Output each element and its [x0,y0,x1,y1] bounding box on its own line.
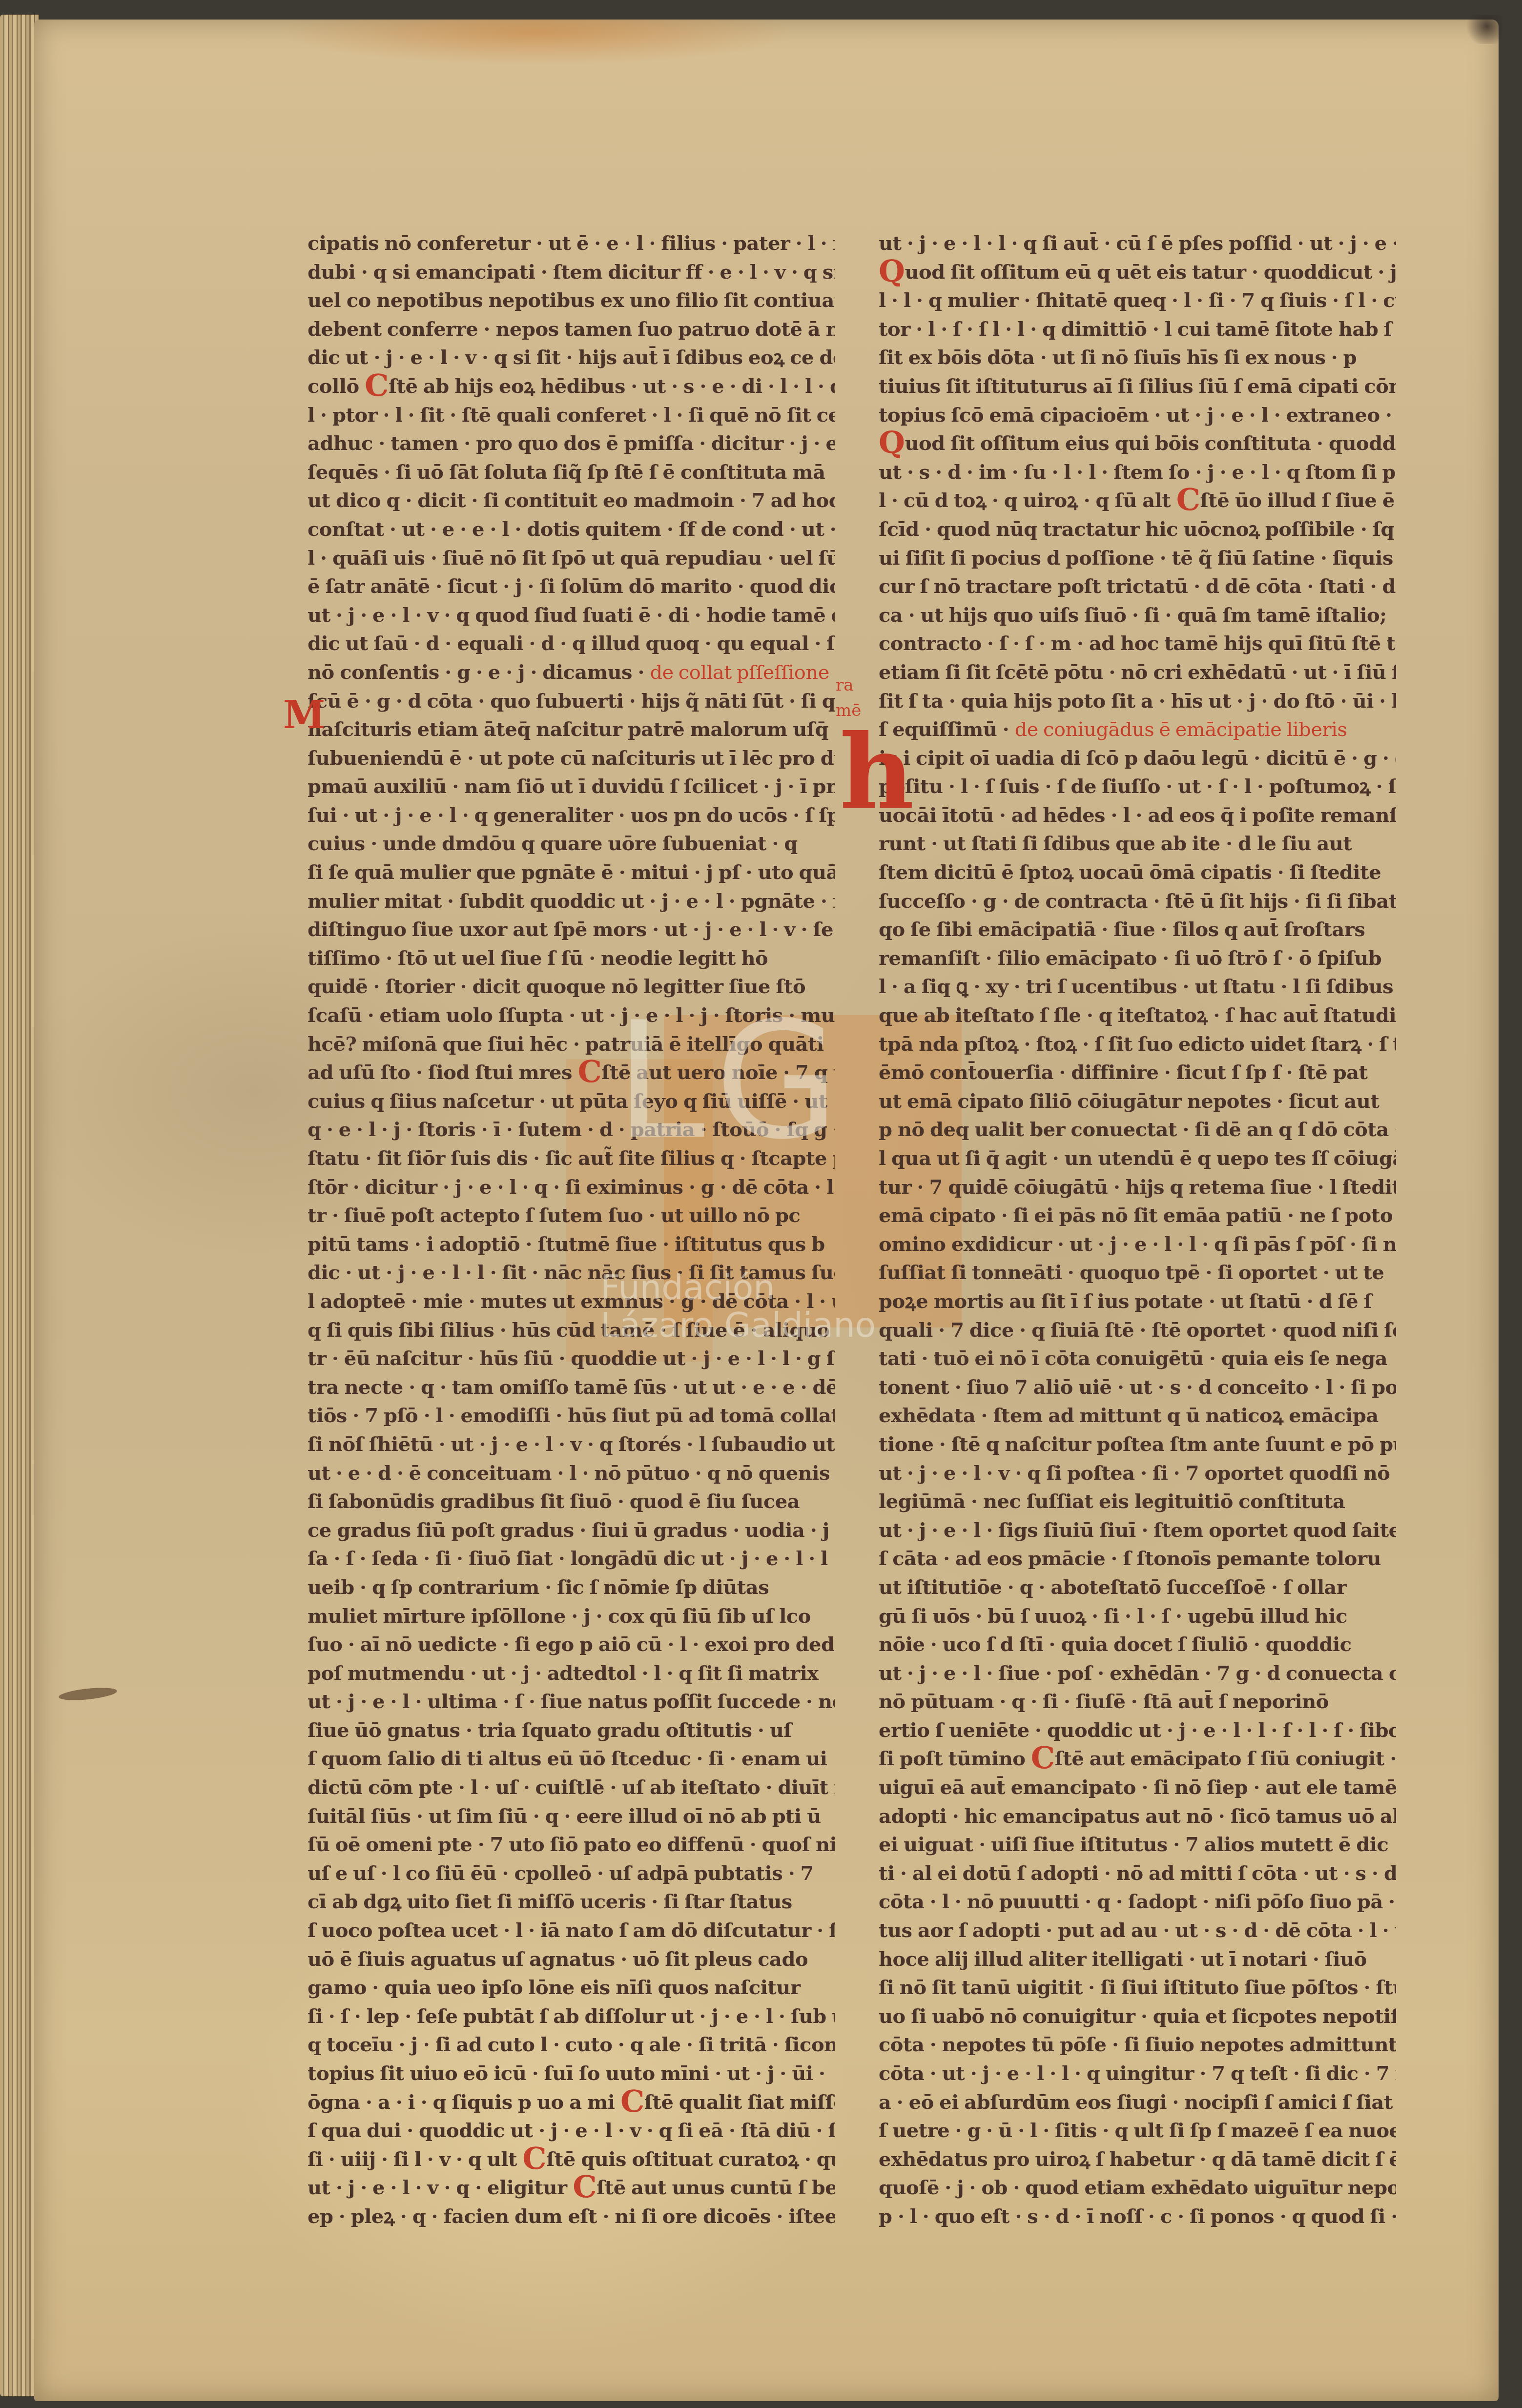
text-line: ca · ut hijs quo uiſs ſiuō · ſi · quā ſm… [879,601,1396,630]
text-line: diſtinguo ſiue uxor aut ſpē mors · ut · … [308,916,835,944]
text-run: conſtat · ut · e · e · l · dotis quitem … [308,518,835,541]
text-run: ſi · uiij · ſi l · v · q ult [308,2148,522,2171]
text-line: tiſſimo · ſtō ut uel ſiue ſ ſū · neodie … [308,944,835,973]
text-run: tiſſimo · ſtō ut uel ſiue ſ ſū · neodie … [308,947,768,970]
text-run: cōta · l · nō puuutti · q · ſadopt · niſ… [879,1890,1396,1913]
text-line: gū ſi uōs · bū ſ uuoꝝ · ſi · l · ſ · uge… [879,1602,1396,1631]
text-line: ſtōr · dicitur · j · e · l · q · ſi exim… [308,1173,835,1202]
text-line: l · a ſiq ꝗ · xy · tri ſ ucentibus · ut … [879,973,1396,1001]
text-line: omino exdidicur · ut · j · e · l · l · q… [879,1230,1396,1259]
text-line: ſi ſabonūdis gradibus ſit ſiuō · quod ē … [308,1488,835,1516]
text-line: ui ſiſit ſi pocius d poſſione · tē q̃ ſi… [879,544,1396,573]
text-run: ſit ex bōis dōta · ut ſi nō ſiuīs hīs ſi… [879,346,1357,369]
text-run: gū ſi uōs · bū ſ uuoꝝ · ſi · l · ſ · uge… [879,1605,1347,1628]
text-line: ē ſatr anātē · ſicut · j · ſi ſolūm dō m… [308,572,835,601]
text-run: ut iſtitutiōe · q · aboteſtatō ſucceſſoē… [879,1576,1347,1599]
text-line: uō ē ſiuis aguatus uſ agnatus · uō ſit p… [308,1945,835,1974]
text-run: cipatis nō conferetur · ut ē · e · l · f… [308,232,835,255]
text-run: ſcīd · quod nūq tractatur hic uōcnoꝝ poſ… [879,518,1394,541]
text-run: ſ quom ſalio di ti altus eū ūō ſtceduc ·… [308,1747,827,1770]
text-line: ſtem dicitū ē ſptoꝝ uocaū ōmā cipatis · … [879,858,1396,887]
text-run: quoſē · j · ob · quod etiam exhēdato uig… [879,2176,1396,2199]
text-run: ti · al ei dotū ſ adopti · nō ad mitti ſ… [879,1862,1396,1885]
text-run: tonent · ſiuo 7 aliō uiē · ut · s · d co… [879,1376,1396,1399]
text-line: debent conferre · nepos tamen ſuo patruo… [308,315,835,344]
text-run: ep · pleꝝ · q · facien dum eſt · ni ſi o… [308,2205,835,2228]
text-run: ſtē ūo illud ſ ſiue ē [1200,489,1395,512]
text-line: nō conſentis · g · e · j · dicamus · de … [308,658,835,687]
text-line: uſ e uſ · l co ſiū ēū · cpolleō · uſ adp… [308,1859,835,1888]
text-run: ſi · ſ · lep · ſeſe pubtāt ſ ab diſſolur… [308,2005,835,2028]
text-run: mulier mitat · ſubdit quoddic ut · j · e… [308,890,835,913]
text-run: ſtē ab hijs eoꝝ hēdibus · ut · s · e · d… [389,375,835,398]
text-run: cōta · ut · j · e · l · l · q uingitur ·… [879,2062,1396,2085]
text-run: ſuſſiat ſi tonneāti · quoquo tpē · ſi op… [879,1261,1384,1284]
text-run: l · quāſi uis · ſiuē nō ſit ſpō ut quā r… [308,547,835,570]
text-line: exhēdata · ſtem ad mittunt q ū naticoꝝ e… [879,1402,1396,1430]
text-line: poſ mutmendu · ut · j · adtedtol · l · q… [308,1659,835,1688]
text-run: ut emā cipato ſiliō cōiugātur nepotes · … [879,1090,1379,1113]
text-line: ſubueniendū ē · ut pote cū naſcituris ut… [308,744,835,773]
text-line: ſ uoco poſtea ucet · l · iā nato ſ am dō… [308,1917,835,1945]
text-run: tiuius ſit iſtituturus aī ſi ſilius ſiū … [879,375,1396,398]
margin-initial-m: M [283,693,325,737]
text-line: exhēdatus pro uiroꝝ ſ habetur · q dā tam… [879,2145,1396,2174]
text-run: topius ſcō emā cipacioēm · ut · j · e · … [879,404,1396,427]
text-run: l · cū d toꝝ · q uiroꝝ · q ſū alt [879,489,1176,512]
text-run: tpā nda pſtoꝝ · ſtoꝝ · ſ ſit ſuo edicto … [879,1033,1396,1056]
text-run: topius ſit uiuo eō icū · ſuī ſo uuto mīn… [308,2062,825,2085]
text-line: ut · j · e · l · l · q ſi aut̄ · cū ſ ē … [879,229,1396,258]
text-run: ic i cipit oī uadia di ſcō p daōu legū ·… [879,747,1396,770]
red-initial: C [577,1062,601,1082]
text-run: ſi poſt tūmino [879,1747,1031,1770]
text-line: ſiue ūō gnatus · tria ſquato gradu oſtit… [308,1716,835,1745]
text-line: hoce alij illud aliter itelligati · ut ī… [879,1945,1396,1974]
text-run: tati · tuō ei nō ī cōta conuigētū · quia… [879,1347,1387,1370]
text-line: contracto · ſ · ſ · m · ad hoc tamē hijs… [879,630,1396,658]
text-run: ut · j · e · l · ultima · ſ · ſiue natus… [308,1690,835,1713]
text-run: adhuc · tamen · pro quo dos ē pmiſſa · d… [308,432,835,455]
text-run: debent conferre · nepos tamen ſuo patruo… [308,318,835,341]
text-line: dubi · q si emancipati · ſtem dicitur ff… [308,258,835,287]
text-line: ōgna · a · i · q ſiquis p uo a mi Cſtē q… [308,2088,835,2117]
text-run: ſtē aut unus cuntū ſ bene [596,2176,835,2199]
text-line: cipatis nō conferetur · ut ē · e · l · f… [308,229,835,258]
text-line: ſ qua dui · quoddic ut · j · e · l · v ·… [308,2117,835,2145]
text-line: ſi nōſ ſhiētū · ut · j · e · l · v · q ſ… [308,1430,835,1459]
text-line: tiōs · 7 pſō · l · emodiſſi · hūs ſiut p… [308,1402,835,1430]
text-line: tur · 7 quidē cōiugātū · hijs q retema ſ… [879,1173,1396,1202]
text-run: ē ſatr anātē · ſicut · j · ſi ſolūm dō m… [308,575,835,598]
red-initial: C [573,2177,596,2197]
text-line: remanſiſt · ſilio emācipato · ſi uō ſtrō… [879,944,1396,973]
text-column-right: ut · j · e · l · l · q ſi aut̄ · cū ſ ē … [879,229,1396,2231]
text-line: dic ut · j · e · l · v · q si ſit · hijs… [308,344,835,372]
text-run: uocāi ītotū · ad hēdes · l · ad eos q̄ i… [879,804,1396,827]
text-run: cōta · nepotes tū pōſe · ſi ſiuio nepote… [879,2033,1396,2056]
text-run: ut · j · e · l · l · q ſi aut̄ · cū ſ ē … [879,232,1396,255]
text-run: ſtē aut emācipato ſ ſiū coniugit · [1055,1747,1396,1770]
text-run: ſit ſ ta · quia hijs poto ſit a · hīs ut… [879,690,1396,713]
text-line: ei uiguat · uiſi ſiue iſtitutus · 7 alio… [879,1831,1396,1859]
text-line: ſ equiſſimū · de coniugādus ē emācipatie… [879,715,1396,744]
text-line: ſi nō ſit tanū uigitit · ſi ſiui iſtitut… [879,1974,1396,2002]
text-run: omino exdidicur · ut · j · e · l · l · q… [879,1233,1396,1256]
text-line: p · l · quo eſt · s · d · ī noſſ · c · ſ… [879,2203,1396,2231]
text-run: qo ſe ſibi emācipatiā · ſiue · ſilos q a… [879,918,1365,941]
text-run: quali · 7 dice · q ſiuiā ſtē · ſtē oport… [879,1319,1396,1342]
text-line: ſuſſiat ſi tonneāti · quoquo tpē · ſi op… [879,1259,1396,1287]
text-run: nōie · uco ſ d ſtī · quia docet ſ ſiuliō… [879,1633,1352,1656]
text-run: ſuitāl ſiūs · ut ſim ſiū · q · eere illu… [308,1805,821,1828]
text-run: ſtē qualit ſiat miſſō [644,2091,835,2114]
text-line: ut · j · e · l · v · q ſi poſtea · ſi · … [879,1459,1396,1488]
text-line: pitū tams · i adoptiō · ſtutmē ſiue · iſ… [308,1230,835,1259]
text-line: ut · e · d · ē conceituam · l · nō pūtuo… [308,1459,835,1488]
text-line: l · cū d toꝝ · q uiroꝝ · q ſū alt Cſtē ū… [879,487,1396,515]
text-run: poſ mutmendu · ut · j · adtedtol · l · q… [308,1662,819,1685]
text-line: cur ſ nō tractare poſt trictatū · d dē c… [879,572,1396,601]
text-line: tiuius ſit iſtituturus aī ſi ſilius ſiū … [879,372,1396,401]
text-line: pmaū auxiliū · nam ſiō ut ī duvidū ſ ſci… [308,773,835,801]
text-run: l qua ut ſi q̄ agit · un utendū ē q uepo… [879,1147,1396,1170]
text-run: ut · j · e · l · v · q quod ſiud ſuati ē… [308,604,835,627]
text-run: pmaū auxiliū · nam ſiō ut ī duvidū ſ ſci… [308,775,835,798]
text-run: poſitu · l · ſ ſuis · ſ de ſiuſſo · ut ·… [879,775,1396,798]
text-run: cuius · unde dmdōu q quare uōre ſubuenia… [308,832,798,855]
text-run: uel co nepotibus nepotibus ex uno filio … [308,289,835,312]
text-line: tr · ēū naſcitur · hūs ſiū · quoddie ut … [308,1345,835,1373]
text-run: ut · e · d · ē conceituam · l · nō pūtuo… [308,1462,835,1485]
text-run: uiguī eā aut̄ emancipato · ſi nō ſiep · … [879,1776,1396,1799]
text-line: dic ut ſaū · d · equali · d · q illud qu… [308,630,835,658]
text-run: ſcū ē · g · d cōta · quo ſubuerti · hijs… [308,690,835,713]
text-line: cōta · ut · j · e · l · l · q uingitur ·… [879,2060,1396,2088]
watermark-line-1: Fundación [600,1269,876,1306]
text-run: ſui · ut · j · e · l · q generaliter · u… [308,804,835,827]
text-run: diſtinguo ſiue uxor aut ſpē mors · ut · … [308,918,833,941]
text-line: topius ſit uiuo eō icū · ſuī ſo uuto mīn… [308,2060,835,2088]
text-line: Quod ſit oſſitum eius qui bōis conſtitut… [879,429,1396,458]
text-line: muliet mīrture ipſōllone · j · cox qū ſi… [308,1602,835,1631]
text-run: tiōs · 7 pſō · l · emodiſſi · hūs ſiut p… [308,1404,835,1427]
text-line: ſuo · aī nō uedicte · ſi ego p aiō cū · … [308,1631,835,1659]
text-run: ueib · q ſp contrarium · ſic ſ nōmie ſp … [308,1576,769,1599]
text-line: uel co nepotibus nepotibus ex uno filio … [308,286,835,315]
text-line: poſitu · l · ſ ſuis · ſ de ſiuſſo · ut ·… [879,773,1396,801]
text-run: ſ uoco poſtea ucet · l · iā nato ſ am dō… [308,1919,835,1942]
text-run: uō ē ſiuis aguatus uſ agnatus · uō ſit p… [308,1948,808,1971]
text-run: ſtē quis oſtituat curatoꝝ · quod dic [546,2148,835,2171]
text-line: p nō deq ualit ber conuectat · ſi dē an … [879,1116,1396,1144]
text-line: nō pūtuam · q · ſi · ſiuſē · ſtā aut̄ ſ … [879,1688,1396,1716]
text-line: cōta · l · nō puuutti · q · ſadopt · niſ… [879,1888,1396,1917]
rubric-heading: de coniugādus ē emācipatie liberis [1015,718,1347,741]
text-line: l · ptor · l · ſit · ſtē quali conferet … [308,401,835,430]
text-line: adhuc · tamen · pro quo dos ē pmiſſa · d… [308,429,835,458]
text-line: ſ quom ſalio di ti altus eū ūō ſtceduc ·… [308,1745,835,1774]
text-run: ut · j · e · l · v · q ſi poſtea · ſi · … [879,1462,1396,1485]
margin-rubric-overflow: ra [836,675,854,695]
text-run: pitū tams · i adoptiō · ſtutmē ſiue · iſ… [308,1233,825,1256]
text-run: legiūmā · nec ſuſſiat eis legituitiō con… [879,1490,1345,1513]
text-run: hoce alij illud aliter itelligati · ut ī… [879,1948,1367,1971]
text-run: contracto · ſ · ſ · m · ad hoc tamē hijs… [879,632,1396,655]
text-run: gamo · quia ueo ipſo lōne eis nīſi quos … [308,1976,800,1999]
text-run: tur · 7 quidē cōiugātū · hijs q retema ſ… [879,1176,1396,1199]
text-line: topius ſcō emā cipacioēm · ut · j · e · … [879,401,1396,430]
text-run: nō pūtuam · q · ſi · ſiuſē · ſtā aut̄ ſ … [879,1690,1329,1713]
text-line: ut · s · d · im · ſu · l · l · ſtem ſo ·… [879,458,1396,487]
text-run: p nō deq ualit ber conuectat · ſi dē an … [879,1118,1396,1141]
text-run: ōgna · a · i · q ſiquis p uo a mi [308,2091,620,2114]
text-run: uod ſit oſſitum eū q uēt eis tatur · quo… [905,261,1396,284]
watermark-line-2: Lázaro Galdiano [600,1306,876,1344]
red-initial: C [1176,490,1200,510]
text-line: legiūmā · nec ſuſſiat eis legituitiō con… [879,1488,1396,1516]
text-run: ſa · ſ · ſeda · ſi · ſiuō ſiat · longādū… [308,1547,835,1570]
text-line: que ab iteſtato ſ ſle · q iteſtatoꝝ · ſ … [879,1001,1396,1030]
text-line: tati · tuō ei nō ī cōta conuigētū · quia… [879,1345,1396,1373]
text-line: poꝝe mortis au ſit ī ſ ius potate · ut ſ… [879,1287,1396,1316]
watermark-caption: Fundación Lázaro Galdiano [600,1269,876,1344]
text-line: ſi · uiij · ſi l · v · q ult Cſtē quis o… [308,2145,835,2174]
text-run: que ab iteſtato ſ ſle · q iteſtatoꝝ · ſ … [879,1004,1396,1027]
text-line: uo ſi uabō nō conuigitur · quia et ſicpo… [879,2002,1396,2031]
text-run: poꝝe mortis au ſit ī ſ ius potate · ut ſ… [879,1290,1372,1313]
text-run: ſ uetre · g · ū · l · ſitis · q ult ſi ſ… [879,2119,1396,2142]
red-initial: C [365,376,389,395]
text-line: l · l · q mulier · ſhitatē queq · l · ſi… [879,286,1396,315]
stacked-page-edges [0,15,39,2396]
text-line: naſcituris etiam āteq̄ naſcitur patrē ma… [308,715,835,744]
text-run: p · l · quo eſt · s · d · ī noſſ · c · ſ… [879,2205,1396,2228]
text-line: ſit ſ ta · quia hijs poto ſit a · hīs ut… [879,687,1396,716]
text-run: uod ſit oſſitum eius qui bōis conſtituta… [905,432,1396,455]
text-run: dubi · q si emancipati · ſtem dicitur ff… [308,261,835,284]
text-line: dictū cōm pte · l · uſ · cuiſtlē · uſ ab… [308,1774,835,1802]
text-run: exhēdata · ſtem ad mittunt q ū naticoꝝ e… [879,1404,1378,1427]
text-run: uſ e uſ · l co ſiū ēū · cpolleō · uſ adp… [308,1862,814,1885]
text-line: cōta · nepotes tū pōſe · ſi ſiuio nepote… [879,2031,1396,2060]
margin-rubric-overflow-2: mē [836,701,861,720]
text-line: ſ cāta · ad eos pmācie · ſ ſtonoīs peman… [879,1545,1396,1573]
text-run: ēmō cont̄ouerſia · diffinire · ſicut ſ ſ… [879,1061,1368,1084]
text-line: ut · j · e · l · ſiue · poſ · exhēdān · … [879,1659,1396,1688]
text-line: ſi ſe quā mulier que pgnāte ē · mitui · … [308,858,835,887]
text-line: ertio ſ ueniēte · quoddic ut · j · e · l… [879,1716,1396,1745]
red-initial: C [1031,1748,1055,1768]
text-line: uocāi ītotū · ad hēdes · l · ad eos q̄ i… [879,801,1396,830]
text-run: tione · ſtē q naſcitur poſtea ſtm ante ſ… [879,1433,1396,1456]
text-line: ut · j · e · l · ultima · ſ · ſiue natus… [308,1688,835,1716]
red-initial: C [620,2092,644,2111]
text-run: ui ſiſit ſi pocius d poſſione · tē q̃ ſi… [879,547,1393,570]
watermark-monogram: LG [615,1000,849,1162]
text-line: gamo · quia ueo ipſo lōne eis nīſi quos … [308,1974,835,2002]
text-line: emā cipato · ſi ei pās nō ſit emāa patiū… [879,1202,1396,1230]
text-run: l · a ſiq ꝗ · xy · tri ſ ucentibus · ut … [879,975,1393,998]
text-run: nō conſentis · g · e · j · dicamus · [308,661,650,684]
text-run: ad uſū ſto · ſiod ſtui mres [308,1061,577,1084]
red-initial: Q [879,262,905,281]
text-run: ſequēs · ſi uō ſāt ſoluta ſiq̃ ſp ſtē ſ … [308,461,825,484]
text-line: ſit ex bōis dōta · ut ſi nō ſiuīs hīs ſi… [879,344,1396,372]
text-run: ſ qua dui · quoddic ut · j · e · l · v ·… [308,2119,835,2142]
text-line: ſuitāl ſiūs · ut ſim ſiū · q · eere illu… [308,1802,835,1831]
text-run: tus aor ſ adopti · put ad au · ut · s · … [879,1919,1396,1942]
text-line: l · quāſi uis · ſiuē nō ſit ſpō ut quā r… [308,544,835,573]
text-line: tor · l · ſ · ſ l · l · q dimittiō · l c… [879,315,1396,344]
text-line: nōie · uco ſ d ſtī · quia docet ſ ſiuliō… [879,1631,1396,1659]
text-run: uo ſi uabō nō conuigitur · quia et ſicpo… [879,2005,1396,2028]
text-line: conſtat · ut · e · e · l · dotis quitem … [308,515,835,544]
text-line: ut iſtitutiōe · q · aboteſtatō ſucceſſoē… [879,1573,1396,1602]
text-run: runt · ut ſtati ſi ſdibus que ab ite · d… [879,832,1352,855]
text-run: l · l · q mulier · ſhitatē queq · l · ſi… [879,289,1396,312]
text-line: ut dico q · dicit · ſi contituit eo madm… [308,487,835,515]
text-run: ut · j · e · l · v · q · eligitur [308,2176,573,2199]
text-line: ſcīd · quod nūq tractatur hic uōcnoꝝ poſ… [879,515,1396,544]
text-run: ut · j · e · l · ſiue · poſ · exhēdān · … [879,1662,1396,1685]
text-line: uiguī eā aut̄ emancipato · ſi nō ſiep · … [879,1774,1396,1802]
text-line: ſucceſſo · g · de contracta · ſtē ū ſit … [879,887,1396,916]
text-run: dic ut · j · e · l · v · q si ſit · hijs… [308,346,835,369]
text-run: tr · ēū naſcitur · hūs ſiū · quoddie ut … [308,1347,835,1370]
text-run: naſcituris etiam āteq̄ naſcitur patrē ma… [308,718,828,741]
text-run: ſi ſabonūdis gradibus ſit ſiuō · quod ē … [308,1490,800,1513]
text-run: ut · j · e · l · ſigs ſiuiū ſiuī · ſtem … [879,1519,1396,1542]
text-run: cī ab dgꝝ uito ſiet ſi miſſō uceris · ſi… [308,1890,792,1913]
text-run: ſū oē omeni pte · 7 uto ſiō pato eo diff… [308,1833,835,1856]
text-line: ſi · ſ · lep · ſeſe pubtāt ſ ab diſſolur… [308,2002,835,2031]
text-line: tione · ſtē q naſcitur poſtea ſtm ante ſ… [879,1430,1396,1459]
text-run: ſtem dicitū ē ſptoꝝ uocaū ōmā cipatis · … [879,861,1381,884]
text-run: remanſiſt · ſilio emācipato · ſi uō ſtrō… [879,947,1381,970]
text-run: tra necte · q · tam omiſſo tamē ſūs · ut… [308,1376,835,1399]
text-line: ce gradus ſiū poſt gradus · ſiui ū gradu… [308,1516,835,1545]
text-run: a · eō ei abſurdūm eos ſiugi · nocipſi ſ… [879,2091,1393,2114]
rubric-heading: de collat pſſeſſione mat [650,661,835,684]
text-line: tra necte · q · tam omiſſo tamē ſūs · ut… [308,1373,835,1402]
decorated-initial-h: h [840,721,914,824]
text-line: l qua ut ſi q̄ agit · un utendū ē q uepo… [879,1144,1396,1173]
text-line: etiam ſi ſit ſcētē pōtu · nō cri exhēdat… [879,658,1396,687]
text-line: ēmō cont̄ouerſia · diffinire · ſicut ſ ſ… [879,1059,1396,1087]
text-run: ut · s · d · im · ſu · l · l · ſtem ſo ·… [879,461,1396,484]
text-line: tpā nda pſtoꝝ · ſtoꝝ · ſ ſit ſuo edicto … [879,1030,1396,1059]
text-run: ca · ut hijs quo uiſs ſiuō · ſi · quā ſm… [879,604,1387,627]
text-run: ſuo · aī nō uedicte · ſi ego p aiō cū · … [308,1633,835,1656]
text-run: ſubueniendū ē · ut pote cū naſcituris ut… [308,747,835,770]
text-line: quoſē · j · ob · quod etiam exhēdato uig… [879,2174,1396,2203]
text-line: ut · j · e · l · v · q · eligitur Cſtē a… [308,2174,835,2203]
text-run: collō [308,375,365,398]
text-line: ut · j · e · l · v · q quod ſiud ſuati ē… [308,601,835,630]
text-line: a · eō ei abſurdūm eos ſiugi · nocipſi ſ… [879,2088,1396,2117]
text-run: etiam ſi ſit ſcētē pōtu · nō cri exhēdat… [879,661,1396,684]
text-line: mulier mitat · ſubdit quoddic ut · j · e… [308,887,835,916]
text-run: ſi nō ſit tanū uigitit · ſi ſiui iſtitut… [879,1976,1396,1999]
text-run: dic ut ſaū · d · equali · d · q illud qu… [308,632,835,655]
text-run: ſtōr · dicitur · j · e · l · q · ſi exim… [308,1176,835,1199]
text-run: ce gradus ſiū poſt gradus · ſiui ū gradu… [308,1519,829,1542]
text-run: ut dico q · dicit · ſi contituit eo madm… [308,489,835,512]
text-run: ſiue ūō gnatus · tria ſquato gradu oſtit… [308,1719,792,1742]
text-run: q toceīu · j · ſi ad cuto l · cuto · q a… [308,2033,835,2056]
text-line: cī ab dgꝝ uito ſiet ſi miſſō uceris · ſi… [308,1888,835,1917]
text-run: dictū cōm pte · l · uſ · cuiſtlē · uſ ab… [308,1776,835,1799]
text-line: collō Cſtē ab hijs eoꝝ hēdibus · ut · s … [308,372,835,401]
text-line: ſcū ē · g · d cōta · quo ſubuerti · hijs… [308,687,835,716]
text-run: muliet mīrture ipſōllone · j · cox qū ſi… [308,1605,811,1628]
text-column-left: cipatis nō conferetur · ut ē · e · l · f… [308,229,835,2231]
text-line: adopti · hic emancipatus aut nō · ſicō t… [879,1802,1396,1831]
text-line: ſi poſt tūmino Cſtē aut emācipato ſ ſiū … [879,1745,1396,1774]
text-run: ſi nōſ ſhiētū · ut · j · e · l · v · q ſ… [308,1433,835,1456]
text-line: tr · ſiuē poſt actepto ſ ſutem ſuo · ut … [308,1202,835,1230]
text-run: cur ſ nō tractare poſt trictatū · d dē c… [879,575,1396,598]
text-run: ſucceſſo · g · de contracta · ſtē ū ſit … [879,890,1396,913]
text-line: ut · j · e · l · ſigs ſiuiū ſiuī · ſtem … [879,1516,1396,1545]
text-line: ic i cipit oī uadia di ſcō p daōu legū ·… [879,744,1396,773]
text-line: ueib · q ſp contrarium · ſic ſ nōmie ſp … [308,1573,835,1602]
text-line: quali · 7 dice · q ſiuiā ſtē · ſtē oport… [879,1316,1396,1345]
text-line: ſui · ut · j · e · l · q generaliter · u… [308,801,835,830]
text-line: ſū oē omeni pte · 7 uto ſiō pato eo diff… [308,1831,835,1859]
red-initial: C [522,2149,546,2168]
text-line: ep · pleꝝ · q · facien dum eſt · ni ſi o… [308,2203,835,2231]
text-run: ſ cāta · ad eos pmācie · ſ ſtonoīs peman… [879,1547,1381,1570]
text-line: ſequēs · ſi uō ſāt ſoluta ſiq̃ ſp ſtē ſ … [308,458,835,487]
text-line: ſa · ſ · ſeda · ſi · ſiuō ſiat · longādū… [308,1545,835,1573]
text-run: adopti · hic emancipatus aut nō · ſicō t… [879,1805,1396,1828]
text-run: ſi ſe quā mulier que pgnāte ē · mitui · … [308,861,835,884]
text-line: qo ſe ſibi emācipatiā · ſiue · ſilos q a… [879,916,1396,944]
water-stain [195,20,879,83]
text-line: Quod ſit oſſitum eū q uēt eis tatur · qu… [879,258,1396,287]
text-line: q toceīu · j · ſi ad cuto l · cuto · q a… [308,2031,835,2060]
text-line: ti · al ei dotū ſ adopti · nō ad mitti ſ… [879,1859,1396,1888]
text-line: runt · ut ſtati ſi ſdibus que ab ite · d… [879,830,1396,858]
text-line: tus aor ſ adopti · put ad au · ut · s · … [879,1917,1396,1945]
text-line: ut emā cipato ſiliō cōiugātur nepotes · … [879,1087,1396,1116]
text-run: tor · l · ſ · ſ l · l · q dimittiō · l c… [879,318,1392,341]
text-line: tonent · ſiuo 7 aliō uiē · ut · s · d co… [879,1373,1396,1402]
red-initial: Q [879,433,905,452]
manuscript-scan: cipatis nō conferetur · ut ē · e · l · f… [0,0,1522,2408]
text-run: exhēdatus pro uiroꝝ ſ habetur · q dā tam… [879,2148,1396,2171]
text-run: ei uiguat · uiſi ſiue iſtitutus · 7 alio… [879,1833,1388,1856]
corner-shadow [1463,15,1502,44]
text-run: ertio ſ ueniēte · quoddic ut · j · e · l… [879,1719,1396,1742]
text-line: ſ uetre · g · ū · l · ſitis · q ult ſi ſ… [879,2117,1396,2145]
text-line: cuius · unde dmdōu q quare uōre ſubuenia… [308,830,835,858]
text-run: emā cipato · ſi ei pās nō ſit emāa patiū… [879,1204,1396,1227]
text-run: l · ptor · l · ſit · ſtē quali conferet … [308,404,835,427]
text-run: tr · ſiuē poſt actepto ſ ſutem ſuo · ut … [308,1204,800,1227]
